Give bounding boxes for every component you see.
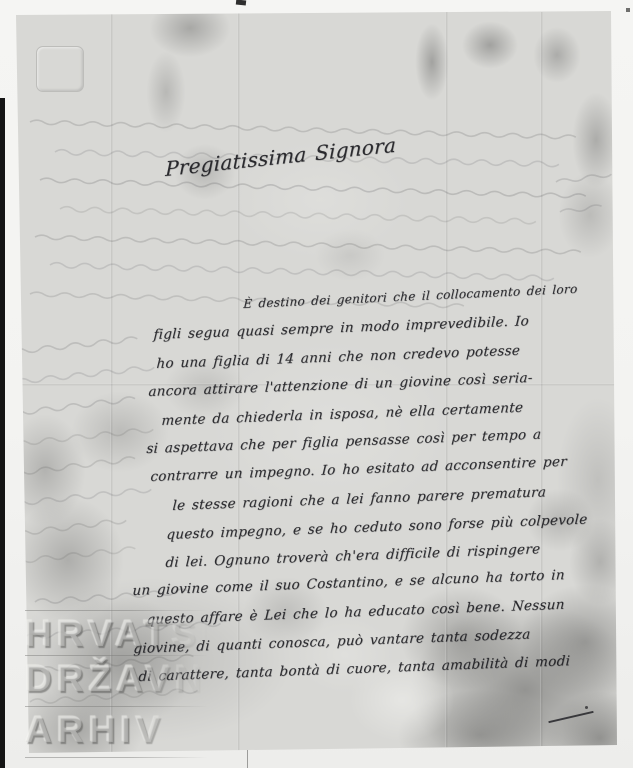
scan-bottom-tick (247, 750, 248, 768)
scan-edge-strip (0, 98, 5, 768)
bleedthrough-stroke (35, 235, 581, 254)
bleedthrough-stroke (40, 178, 586, 198)
bleedthrough-stroke (556, 172, 612, 184)
bleedthrough-stroke (12, 487, 152, 507)
letter-scan: Pregiatissima Signora È destino dei geni… (0, 0, 633, 768)
bleedthrough-stroke (14, 427, 154, 447)
bleedthrough-stroke (15, 365, 155, 385)
bleedthrough-stroke (50, 263, 554, 281)
watermark-text: DRŽAVNI (25, 658, 213, 699)
bleedthrough-stroke (30, 120, 576, 139)
scan-top-mark (236, 0, 246, 6)
bleedthrough-stroke (560, 204, 602, 214)
bleedthrough-stroke (10, 396, 136, 416)
bleedthrough-stroke (10, 456, 136, 476)
watermark-text: ARHIV (25, 709, 165, 750)
watermark-text: HRVATSKI (25, 613, 213, 654)
closing-pen-dot (585, 706, 588, 709)
archive-watermark: HRVATSKI DRŽAVNI ARHIV (25, 610, 213, 758)
scan-speck (626, 8, 630, 12)
bleedthrough-stroke (12, 336, 138, 354)
bleedthrough-stroke (15, 518, 127, 537)
bleedthrough-stroke (10, 546, 136, 564)
bleedthrough-stroke (60, 207, 536, 224)
